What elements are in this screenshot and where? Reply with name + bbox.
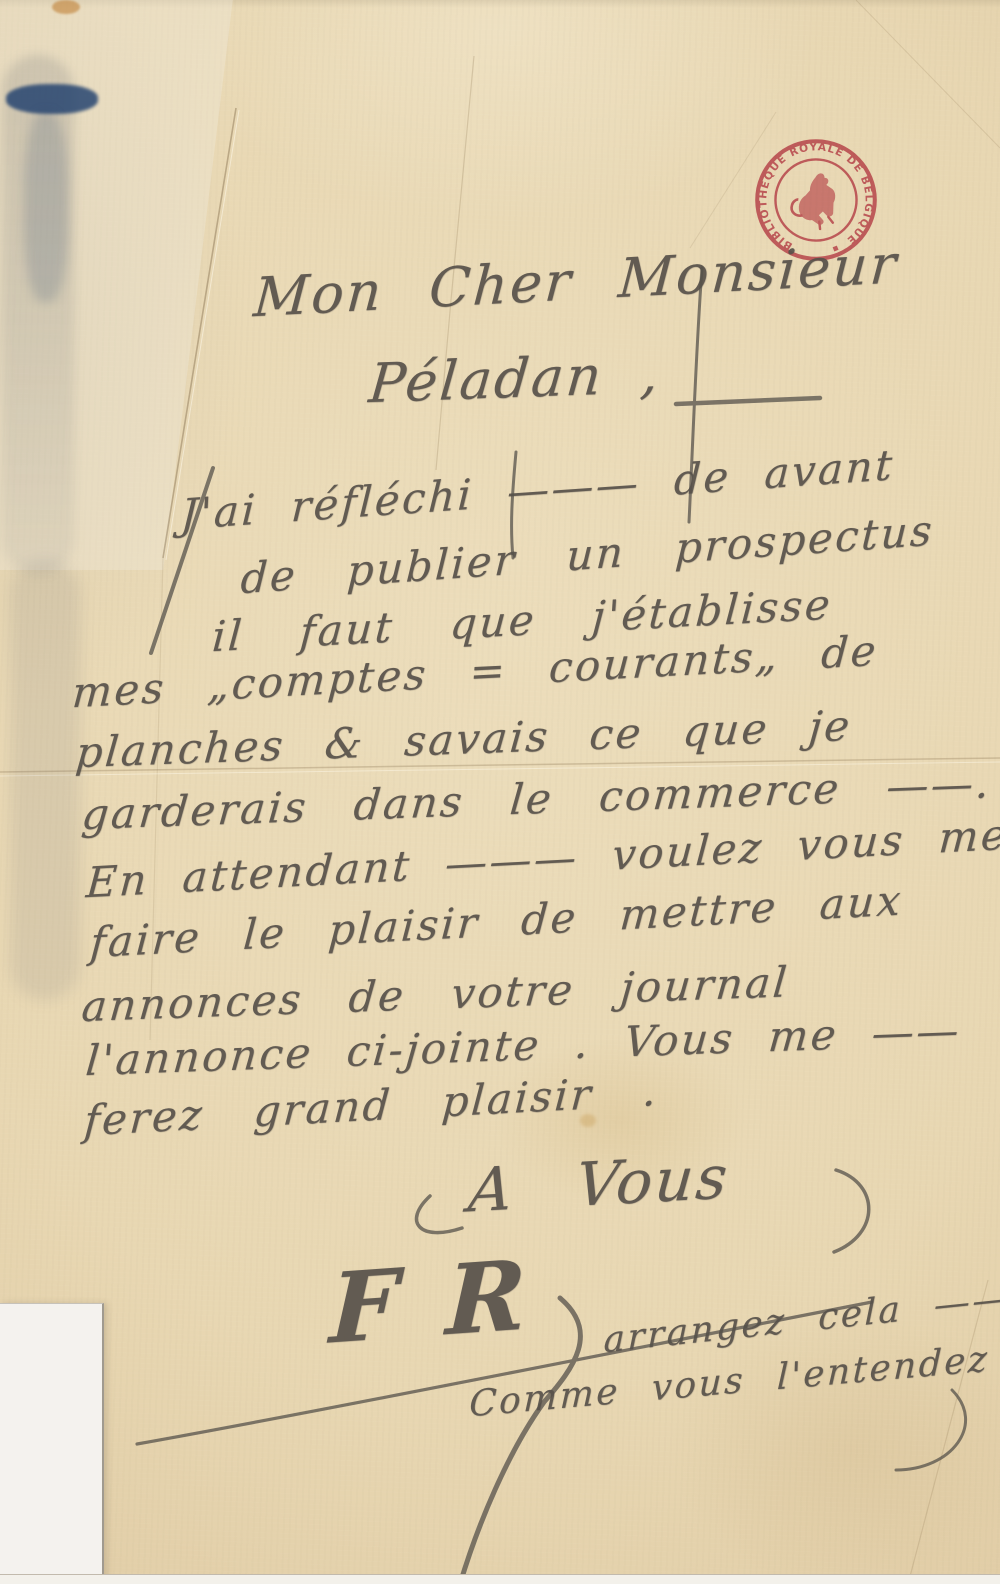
salutation-line-1: Mon Cher Monsieur — [252, 232, 901, 329]
missing-paper-corner — [0, 1303, 104, 1584]
salutation-line-2: Péladan , — [366, 342, 663, 415]
closing-line: A Vous — [466, 1142, 733, 1226]
paper-bottom-edge — [0, 1574, 1000, 1584]
blue-ink-smudge — [6, 84, 98, 114]
body-line: planches & savais ce que je — [74, 701, 854, 777]
signature: F R — [328, 1238, 530, 1365]
letter-scan: BIBLIOTHÈQUE ROYALE DE BELGIQUE ▪ Mon Ch… — [0, 0, 1000, 1584]
graphite-smudge-band — [2, 55, 74, 575]
graphite-smudge-lower — [10, 560, 80, 1000]
lion-rampant-icon — [783, 171, 845, 236]
blue-ink-streak — [24, 112, 68, 302]
scan-edge-shadow — [0, 0, 1000, 8]
paper-light-patch — [0, 0, 240, 570]
postscript-line-2: Comme vous l'entendez — [469, 1339, 990, 1426]
